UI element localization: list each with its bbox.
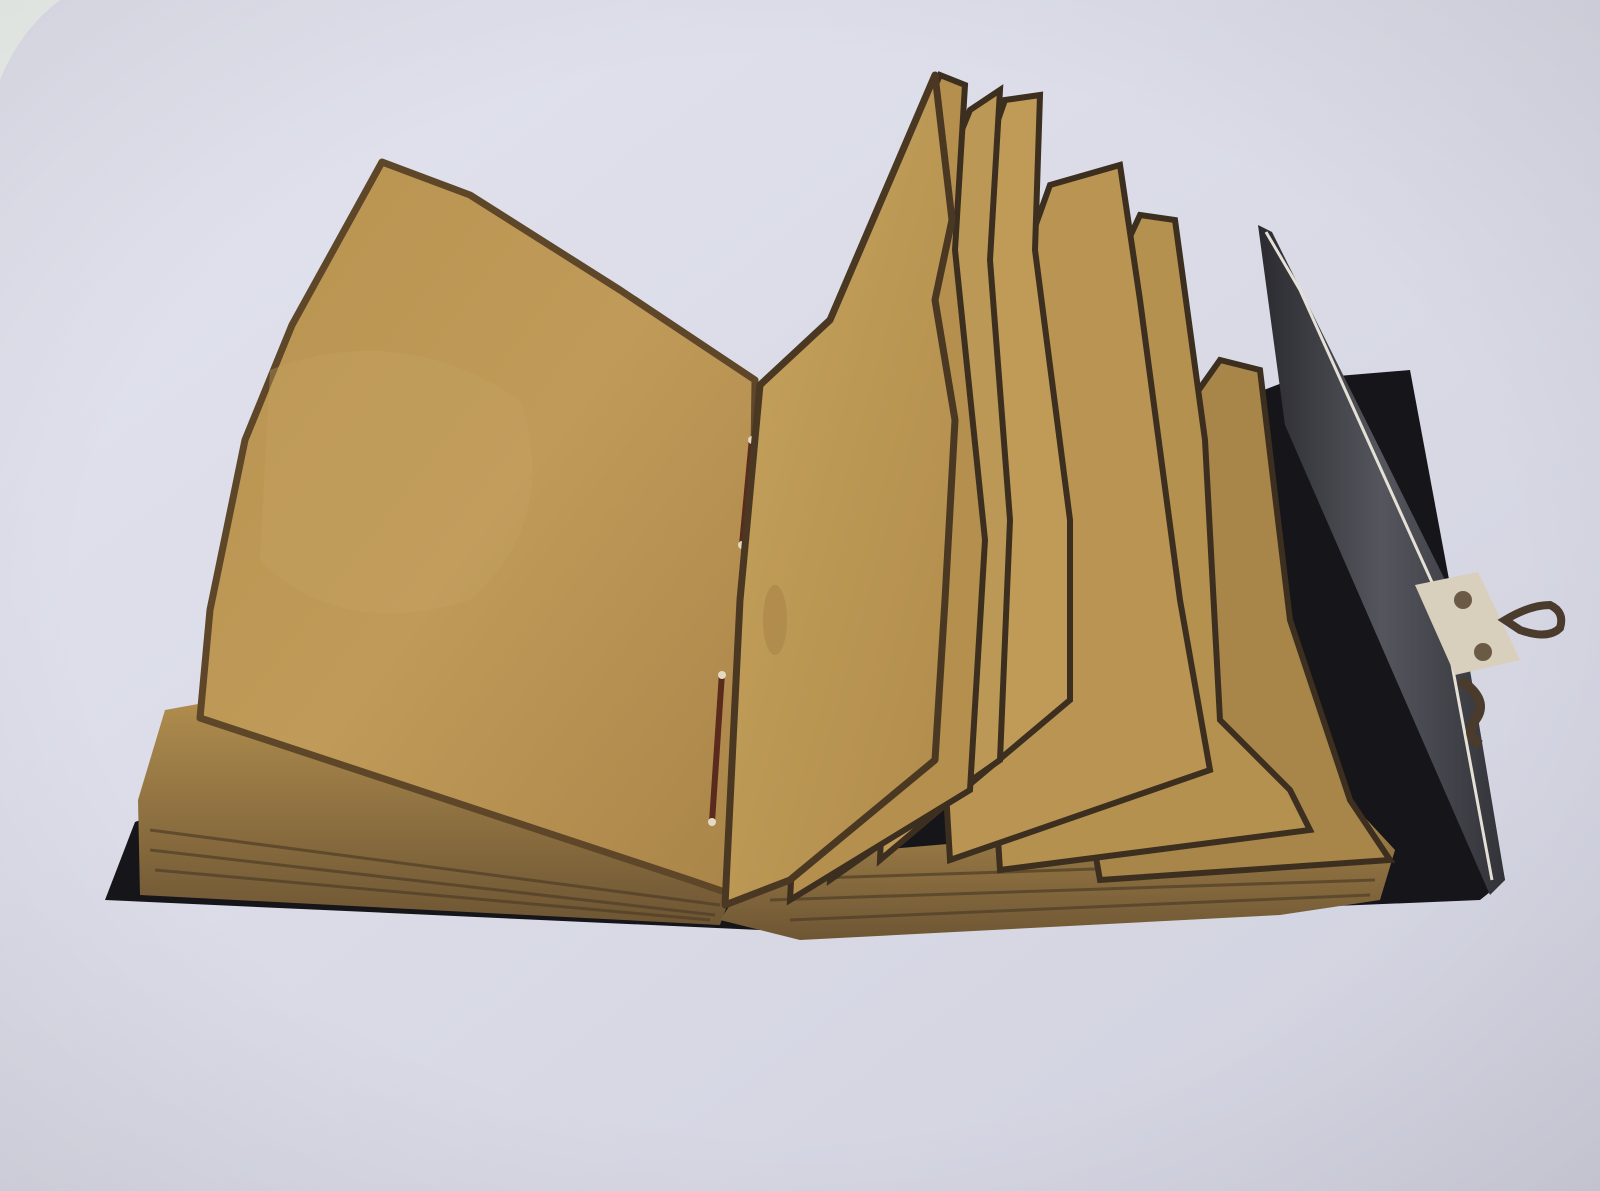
photo-vignette — [0, 0, 1600, 1191]
photo-scene: Open handmade leather-bound journal with… — [0, 0, 1600, 1191]
journal-photo — [0, 0, 1600, 1191]
